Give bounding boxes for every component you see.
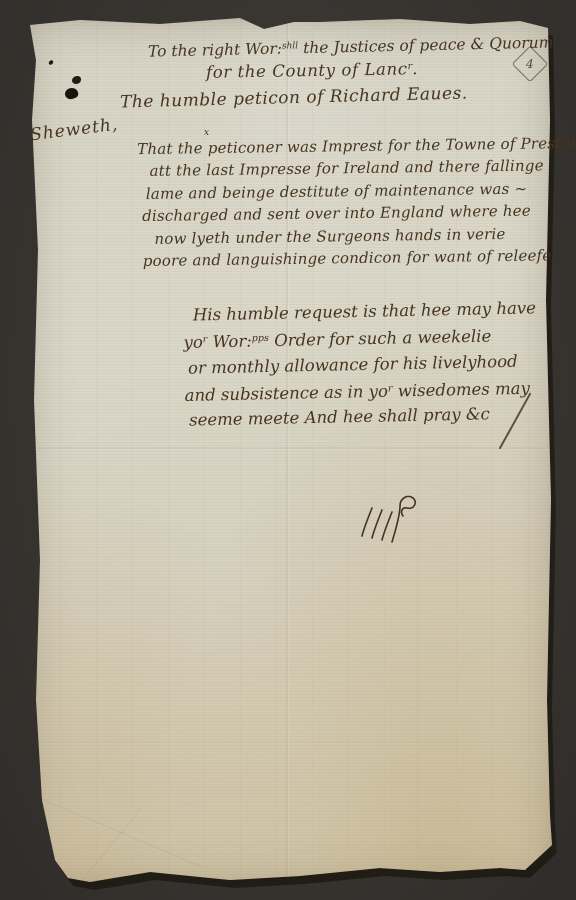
wrinkle-bottom-left-1 [40, 798, 203, 869]
photograph-background: 4 To the right Wor:shll the Justices of … [0, 0, 576, 900]
request-text: and subsistence as in yo [184, 382, 388, 405]
request-text: wisedomes may [392, 379, 530, 401]
request-superscript: pps [252, 333, 269, 344]
wrinkle-bottom-left-2 [82, 806, 144, 882]
heading-text: To the right Wor: [148, 40, 282, 61]
request-text: Wor: [207, 332, 252, 352]
heading-text: for the County of Lanc [206, 59, 408, 82]
petition-request-paragraph: His humble request is that hee may have … [183, 295, 539, 433]
heading-text: . [412, 59, 418, 78]
archival-number: 4 [526, 57, 534, 71]
request-text: Order for such a weekelie [269, 327, 492, 351]
petition-body-paragraph: That the peticoner was Imprest for the T… [137, 132, 576, 273]
fold-crease-horizontal-upper [30, 447, 550, 450]
heading-superscript: shll [282, 41, 298, 51]
fold-crease-horizontal-lower [32, 741, 548, 744]
petition-heading-line2: for the County of Lancr. [206, 59, 418, 82]
docket-mark-iiij [350, 490, 445, 545]
request-text: yo [183, 333, 203, 352]
